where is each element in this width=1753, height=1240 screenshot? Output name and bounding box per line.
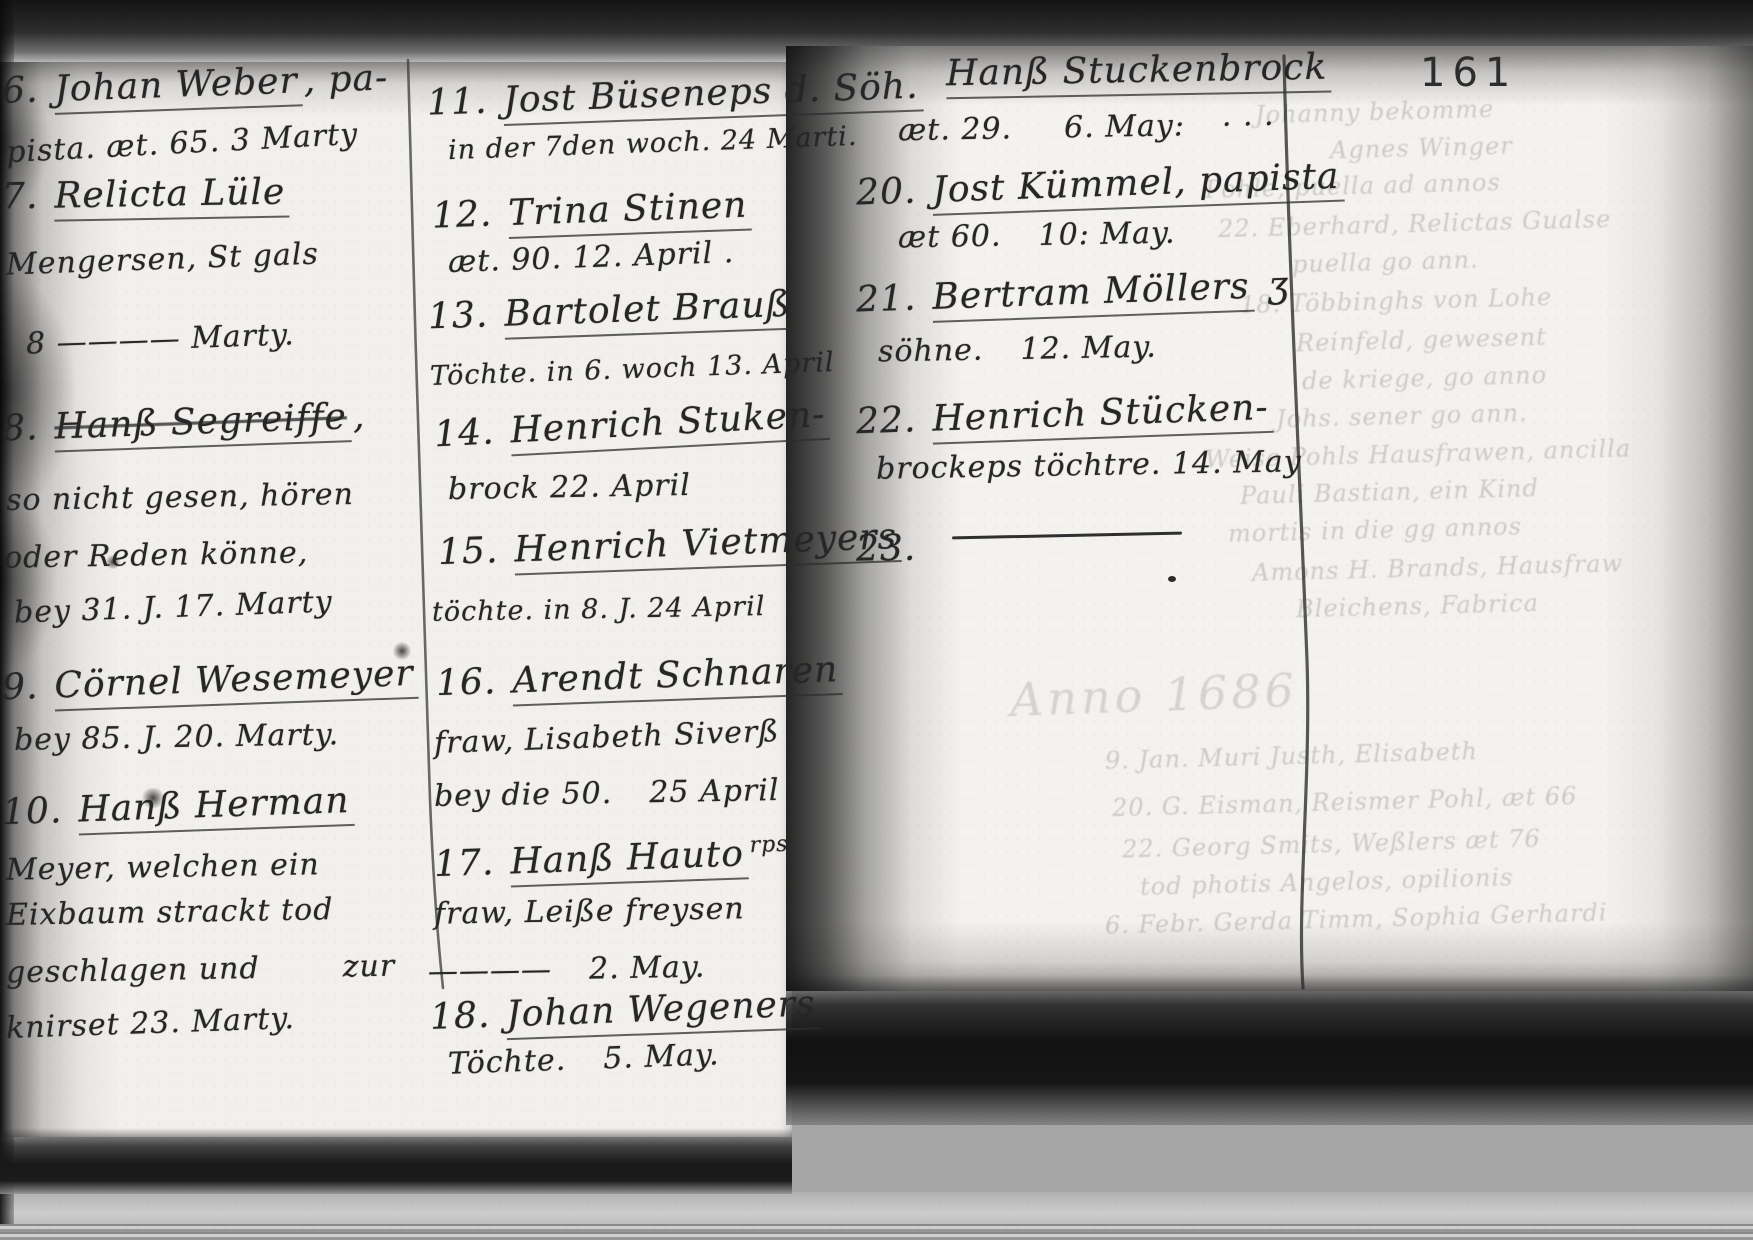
entry-number: 12. (431, 194, 493, 237)
entry-number: 14. (433, 411, 495, 455)
entry-number: 8. (1, 407, 39, 449)
entry-suffix: , (352, 396, 366, 437)
entry-line: söhne. 12. May. (878, 330, 1157, 370)
entry-line: ———— 2. May. (428, 950, 706, 990)
entry-first-line: 7.Relicta Lüle (2, 171, 292, 217)
entry-line: Eixbaum strackt tod (6, 892, 334, 933)
right-page-bottom-shadow (786, 975, 1753, 1125)
entry-line: æt. 29. 6. May: · · · (898, 107, 1275, 149)
bleed-through-line: Anno 1686 (1009, 663, 1299, 727)
entry-line: geschlagen und zur (6, 949, 396, 991)
entry-number: 15. (437, 530, 499, 573)
entry-line: bey die 50. 25 April (434, 773, 780, 814)
entry-line: Meyer, welchen ein (6, 847, 320, 887)
entry-name: Trina Stinen (508, 184, 753, 238)
entry-name: Hanß Herman (78, 780, 355, 836)
entry-number: 10. (1, 790, 63, 833)
bleed-through-line: Agnes Winger (1330, 132, 1513, 165)
entry-line: oder Reden könne, (4, 535, 309, 575)
entry-suffix: ʒ (1255, 264, 1290, 306)
entry-name: Johan Weber (54, 60, 303, 115)
bleed-through-line: puella go ann. (1292, 246, 1479, 279)
entry-number: 18. (429, 995, 491, 1038)
entry-suffix: , pa- (303, 57, 389, 101)
entry-number: 23. (856, 528, 917, 570)
entry-number: 20. (855, 170, 917, 213)
left-page-bottom-shadow (0, 1128, 792, 1194)
scanned-register-page: 161 6.Johan Weber, pa- pista. æt. 65. 3 … (0, 0, 1753, 1240)
entry-number: 17. (433, 842, 495, 885)
entry-line: brock 22. April (448, 468, 691, 507)
entry-number: 22. (855, 399, 917, 442)
entry-line: brockeps töchtre. 14. May (876, 444, 1302, 486)
page-number: 161 (1420, 50, 1517, 96)
entry-number: 7. (2, 176, 39, 218)
entry-number: 9. (1, 666, 39, 708)
entry-suffix: rps (749, 832, 789, 858)
entry-first-line: Hanß Stuckenbrock (930, 46, 1334, 94)
entry-line: so nicht gesen, hören (6, 477, 354, 518)
entry-line: fraw, Leiße freysen (434, 891, 745, 931)
entry-number: 21. (855, 277, 917, 320)
entry-first-line: 23. (856, 527, 933, 569)
entry-line: bey 85. J. 20. Marty. (14, 717, 340, 758)
entry-name: Hanß Hauto (510, 833, 749, 887)
entry-number: 6. (1, 69, 39, 111)
entry-number: 11. (426, 81, 488, 124)
entry-name: Relicta Lüle (54, 172, 290, 222)
entry-name: Hanß Stuckenbrock (946, 47, 1332, 100)
entry-number: 16. (435, 661, 497, 704)
scanner-bottom-stripes (0, 1224, 1753, 1240)
entry-line: töchte. in 8. J. 24 April (432, 591, 766, 628)
entry-line: æt 60. 10: May. (898, 216, 1176, 256)
ink-dot (1168, 576, 1176, 582)
entry-number: 13. (427, 294, 489, 337)
